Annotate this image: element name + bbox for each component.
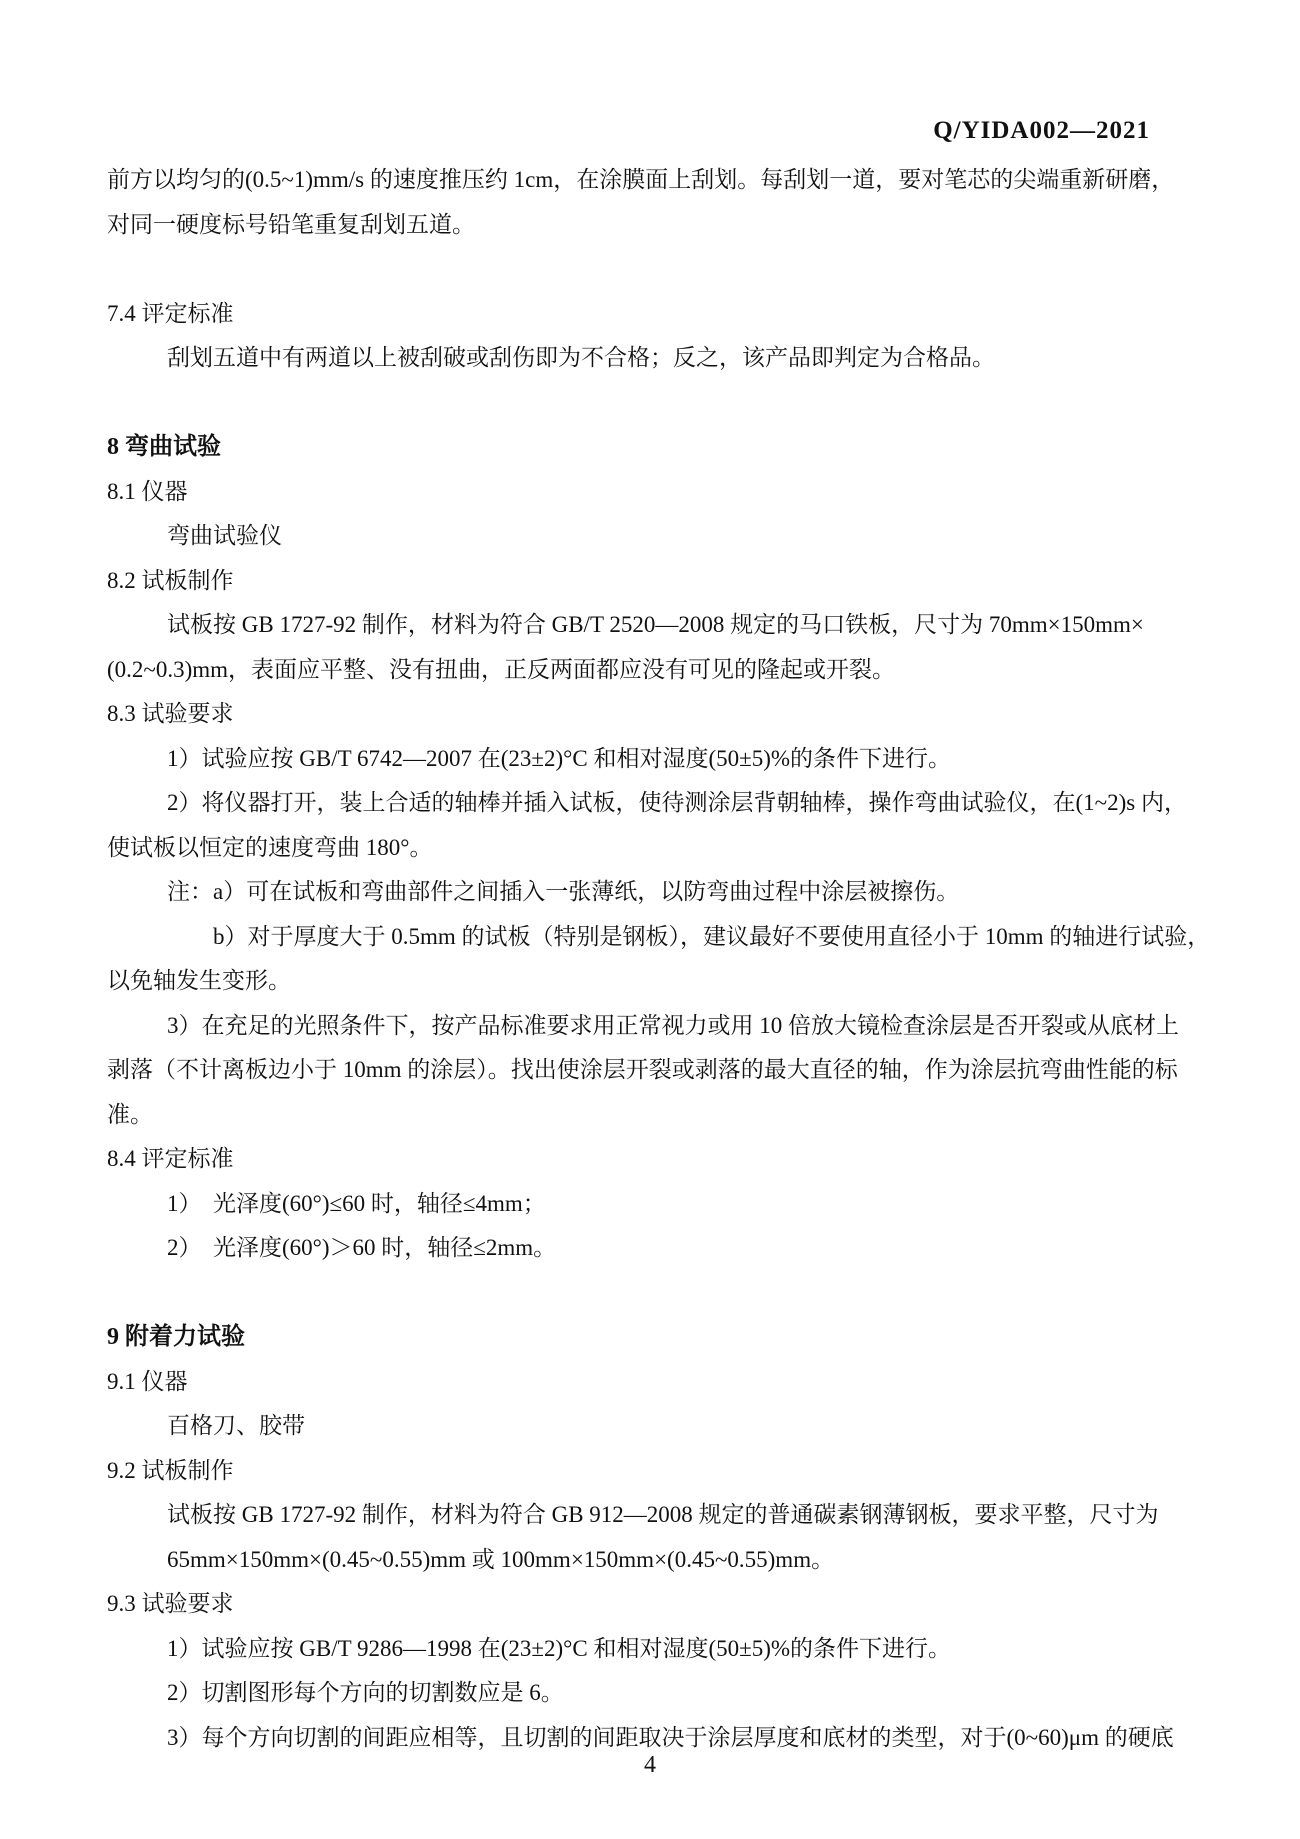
text-line: 8.4 评定标准	[107, 1137, 1197, 1182]
text-line: 9.3 试验要求	[107, 1582, 1197, 1627]
text-line: 65mm×150mm×(0.45~0.55)mm 或 100mm×150mm×(…	[107, 1538, 1197, 1583]
text-line: 弯曲试验仪	[107, 514, 1197, 559]
text-line: 2）切割图形每个方向的切割数应是 6。	[107, 1671, 1197, 1716]
text-line: 试板按 GB 1727-92 制作，材料为符合 GB 912—2008 规定的普…	[107, 1493, 1197, 1538]
text-line: 8.3 试验要求	[107, 692, 1197, 737]
text-line: 注：a）可在试板和弯曲部件之间插入一张薄纸，以防弯曲过程中涂层被擦伤。	[107, 870, 1197, 915]
text-line: 9 附着力试验	[107, 1315, 1197, 1360]
text-line: 试板按 GB 1727-92 制作，材料为符合 GB/T 2520—2008 规…	[107, 603, 1197, 648]
page-number: 4	[0, 1752, 1300, 1779]
document-code: Q/YIDA002—2021	[933, 117, 1150, 145]
text-line: 2）将仪器打开，装上合适的轴棒并插入试板，使待测涂层背朝轴棒，操作弯曲试验仪，在…	[107, 781, 1197, 826]
text-line: b）对于厚度大于 0.5mm 的试板（特别是钢板），建议最好不要使用直径小于 1…	[107, 915, 1197, 960]
text-line: 9.2 试板制作	[107, 1449, 1197, 1494]
text-line: 3）在充足的光照条件下，按产品标准要求用正常视力或用 10 倍放大镜检查涂层是否…	[107, 1004, 1197, 1049]
text-line: 对同一硬度标号铅笔重复刮划五道。	[107, 203, 1197, 248]
text-line: 使试板以恒定的速度弯曲 180°。	[107, 826, 1197, 871]
text-line: 8.2 试板制作	[107, 559, 1197, 604]
text-line: (0.2~0.3)mm，表面应平整、没有扭曲，正反两面都应没有可见的隆起或开裂。	[107, 648, 1197, 693]
text-line: 8.1 仪器	[107, 470, 1197, 515]
text-line: 刮划五道中有两道以上被刮破或刮伤即为不合格；反之，该产品即判定为合格品。	[107, 336, 1197, 381]
text-line: 以免轴发生变形。	[107, 959, 1197, 1004]
text-line: 百格刀、胶带	[107, 1404, 1197, 1449]
document-page: Q/YIDA002—2021 前方以均匀的(0.5~1)mm/s 的速度推压约 …	[0, 0, 1300, 1839]
text-line: 1）试验应按 GB/T 9286—1998 在(23±2)°C 和相对湿度(50…	[107, 1627, 1197, 1672]
text-line: 准。	[107, 1093, 1197, 1138]
text-line: 前方以均匀的(0.5~1)mm/s 的速度推压约 1cm，在涂膜面上刮划。每刮划…	[107, 158, 1197, 203]
content: 前方以均匀的(0.5~1)mm/s 的速度推压约 1cm，在涂膜面上刮划。每刮划…	[107, 158, 1197, 1760]
text-line: 2） 光泽度(60°)＞60 时，轴径≤2mm。	[107, 1226, 1197, 1271]
text-line: 1）试验应按 GB/T 6742—2007 在(23±2)°C 和相对湿度(50…	[107, 737, 1197, 782]
text-line: 1） 光泽度(60°)≤60 时，轴径≤4mm；	[107, 1182, 1197, 1227]
text-line: 剥落（不计离板边小于 10mm 的涂层）。找出使涂层开裂或剥落的最大直径的轴，作…	[107, 1048, 1197, 1093]
text-line: 7.4 评定标准	[107, 292, 1197, 337]
text-line: 9.1 仪器	[107, 1360, 1197, 1405]
text-line: 8 弯曲试验	[107, 425, 1197, 470]
